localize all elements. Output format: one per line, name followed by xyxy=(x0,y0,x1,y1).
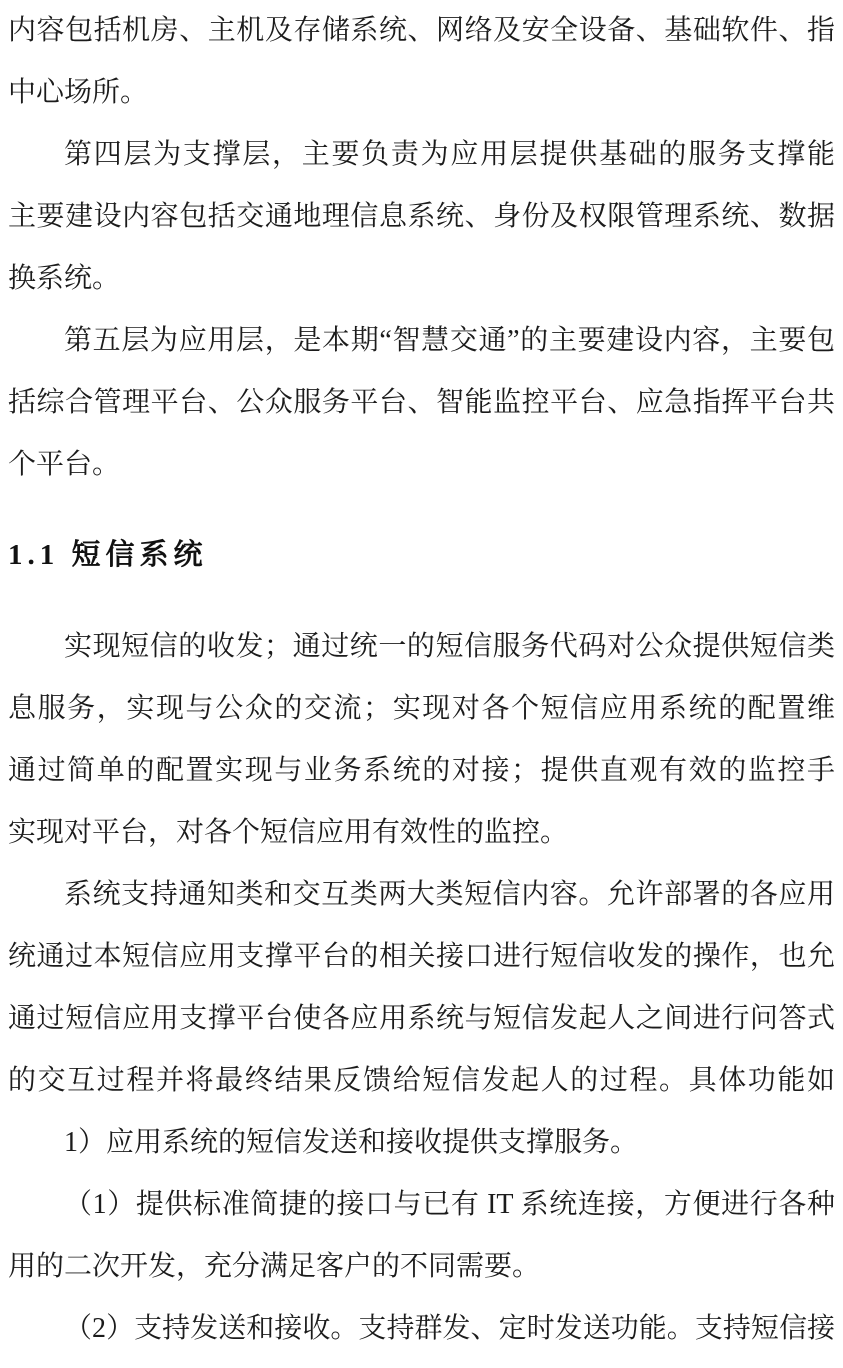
list-item-1: 1）应用系统的短信发送和接收提供支撑服务。 xyxy=(8,1112,835,1174)
paragraph-line: 用的二次开发，充分满足客户的不同需要。 xyxy=(8,1236,835,1298)
paragraph-line: （2）支持发送和接收。支持群发、定时发送功能。支持短信接 xyxy=(8,1298,835,1360)
paragraph-line: 系统支持通知类和交互类两大类短信内容。允许部署的各应用系 xyxy=(8,864,835,926)
paragraph-line: 第四层为支撑层，主要负责为应用层提供基础的服务支撑能力。 xyxy=(8,124,835,186)
paragraph-line: 主要建设内容包括交通地理信息系统、身份及权限管理系统、数据交 xyxy=(8,186,835,248)
paragraph-line: 统通过本短信应用支撑平台的相关接口进行短信收发的操作，也允许 xyxy=(8,926,835,988)
paragraph-line: 换系统。 xyxy=(8,248,835,310)
list-item-1-1: （1）提供标准简捷的接口与已有 IT 系统连接，方便进行各种应 用的二次开发，充… xyxy=(8,1174,835,1298)
paragraph-line: 1）应用系统的短信发送和接收提供支撑服务。 xyxy=(8,1112,835,1174)
paragraph-line: 息服务，实现与公众的交流；实现对各个短信应用系统的配置维护； xyxy=(8,678,835,740)
document-page: 内容包括机房、主机及存储系统、网络及安全设备、基础软件、指挥 中心场所。 第四层… xyxy=(0,0,843,1368)
section-heading: 1.1 短信系统 xyxy=(8,526,835,584)
paragraph-line: 的交互过程并将最终结果反馈给短信发起人的过程。具体功能如下： xyxy=(8,1050,835,1112)
paragraph-infrastructure-tail: 内容包括机房、主机及存储系统、网络及安全设备、基础软件、指挥 中心场所。 xyxy=(8,0,835,124)
paragraph-line: 通过简单的配置实现与业务系统的对接；提供直观有效的监控手段， xyxy=(8,740,835,802)
paragraph-sms-types: 系统支持通知类和交互类两大类短信内容。允许部署的各应用系 统通过本短信应用支撑平… xyxy=(8,864,835,1112)
paragraph-line: （1）提供标准简捷的接口与已有 IT 系统连接，方便进行各种应 xyxy=(8,1174,835,1236)
paragraph-layer4: 第四层为支撑层，主要负责为应用层提供基础的服务支撑能力。 主要建设内容包括交通地… xyxy=(8,124,835,310)
paragraph-line: 实现短信的收发；通过统一的短信服务代码对公众提供短信类信 xyxy=(8,616,835,678)
paragraph-line: 内容包括机房、主机及存储系统、网络及安全设备、基础软件、指挥 xyxy=(8,0,835,62)
paragraph-line: 实现对平台，对各个短信应用有效性的监控。 xyxy=(8,802,835,864)
list-item-1-2: （2）支持发送和接收。支持群发、定时发送功能。支持短信接 xyxy=(8,1298,835,1360)
paragraph-line: 中心场所。 xyxy=(8,62,835,124)
paragraph-line: 个平台。 xyxy=(8,434,835,496)
paragraph-sms-overview: 实现短信的收发；通过统一的短信服务代码对公众提供短信类信 息服务，实现与公众的交… xyxy=(8,616,835,864)
paragraph-line: 括综合管理平台、公众服务平台、智能监控平台、应急指挥平台共四 xyxy=(8,372,835,434)
paragraph-layer5: 第五层为应用层，是本期“智慧交通”的主要建设内容，主要包 括综合管理平台、公众服… xyxy=(8,310,835,496)
paragraph-line: 第五层为应用层，是本期“智慧交通”的主要建设内容，主要包 xyxy=(8,310,835,372)
paragraph-line: 通过短信应用支撑平台使各应用系统与短信发起人之间进行问答式 xyxy=(8,988,835,1050)
